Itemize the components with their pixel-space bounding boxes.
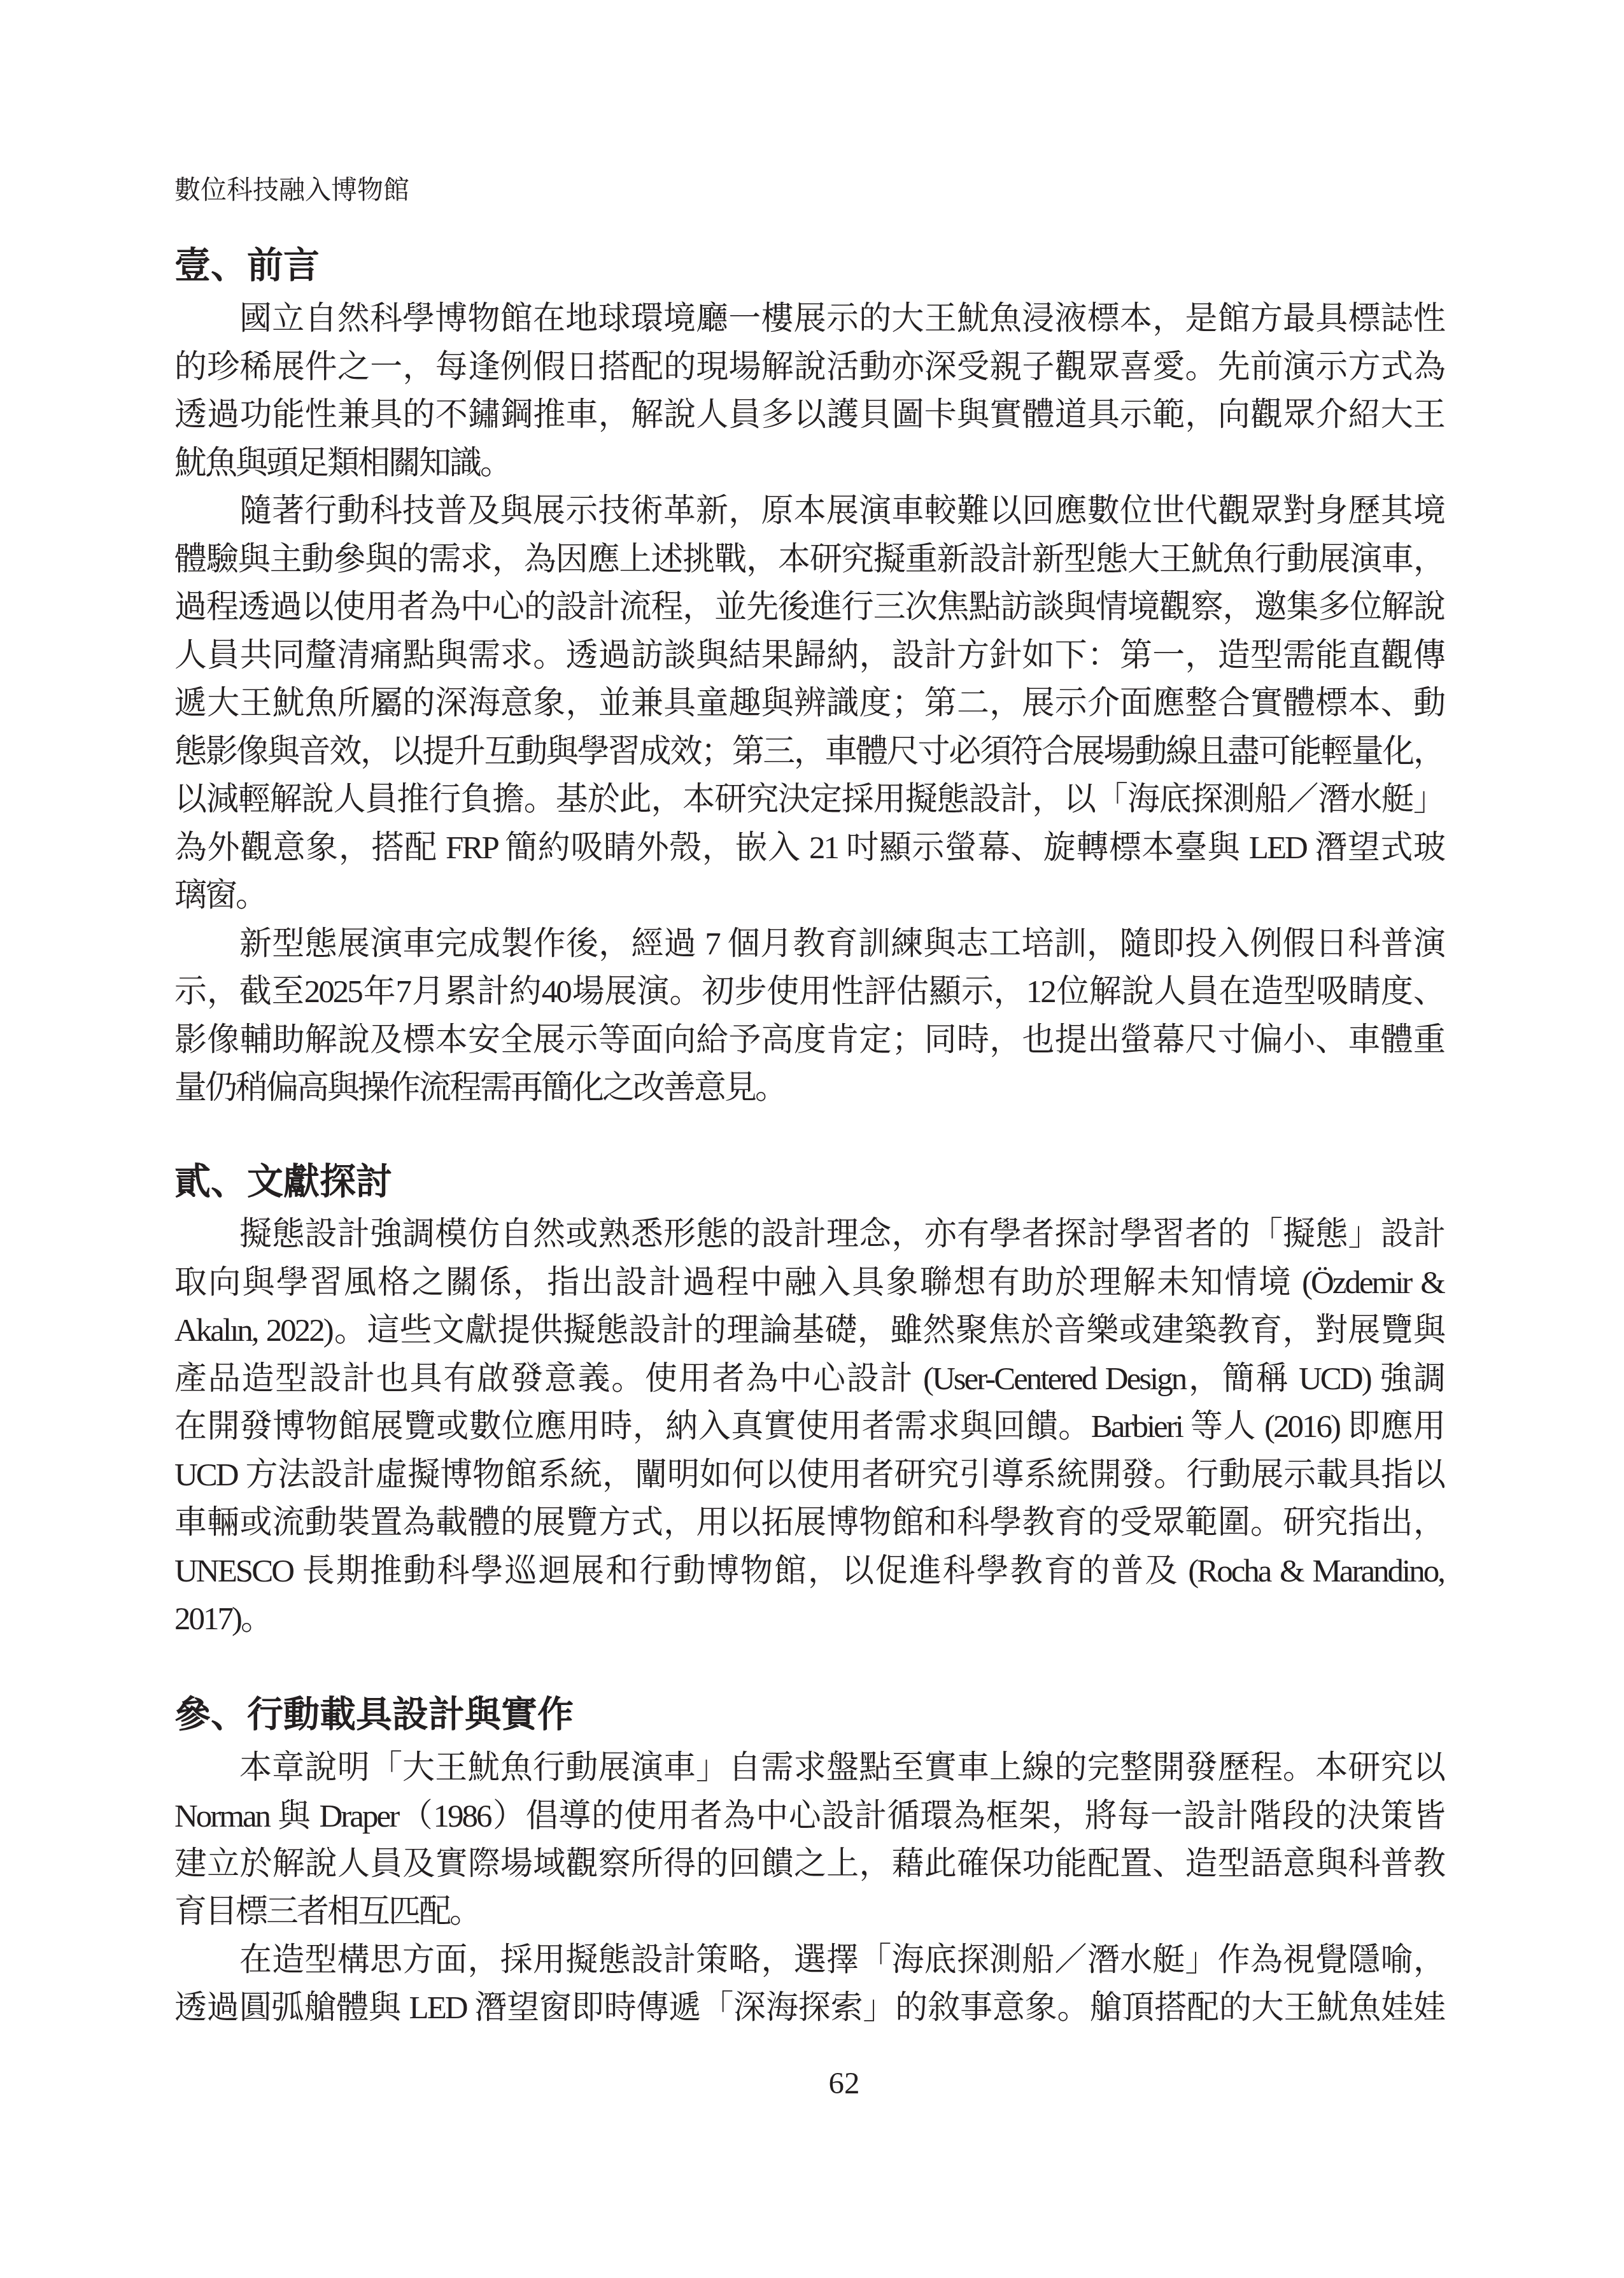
section-heading-design-implementation: 參、行動載具設計與實作	[174, 1690, 574, 1741]
body-line: 遞大王魷魚所屬的深海意象，並兼具童趣與辨識度；第二，展示介面應整合實體標本、動	[174, 680, 1444, 728]
body-line: 透過圓弧艙體與 LED 潛望窗即時傳遞「深海探索」的敘事意象。艙頂搭配的大王魷魚…	[174, 1984, 1444, 2032]
body-line: 人員共同釐清痛點與需求。透過訪談與結果歸納，設計方針如下：第一，造型需能直觀傳	[174, 632, 1444, 681]
body-line: UNESCO 長期推動科學巡迴展和行動博物館，以促進科學教育的普及 (Rocha…	[174, 1548, 1444, 1596]
section-design-implementation-body: 本章說明「大王魷魚行動展演車」自需求盤點至實車上線的完整開發歷程。本研究以 No…	[174, 1744, 1444, 2032]
section-heading-literature-review: 貳、文獻探討	[174, 1157, 392, 1208]
body-line: 璃窗。	[174, 872, 1444, 921]
section-introduction-body: 國立自然科學博物館在地球環境廳一樓展示的大王魷魚浸液標本，是館方最具標誌性 的珍…	[174, 295, 1444, 1113]
body-line: 影像輔助解說及標本安全展示等面向給予高度肯定；同時，也提出螢幕尺寸偏小、車體重	[174, 1017, 1444, 1065]
body-line: 以減輕解說人員推行負擔。基於此，本研究決定採用擬態設計，以「海底探測船／潛水艇」	[174, 776, 1444, 824]
body-line: 車輛或流動裝置為載體的展覽方式，用以拓展博物館和科學教育的受眾範圍。研究指出，	[174, 1499, 1444, 1548]
body-line: 在造型構思方面，採用擬態設計策略，選擇「海底探測船／潛水艇」作為視覺隱喻，	[174, 1937, 1444, 1984]
body-line: 在開發博物館展覽或數位應用時，納入真實使用者需求與回饋。Barbieri 等人 …	[174, 1403, 1444, 1452]
paragraph: 在造型構思方面，採用擬態設計策略，選擇「海底探測船／潛水艇」作為視覺隱喻， 透過…	[174, 1937, 1444, 2033]
body-line: Akalın, 2022)。這些文獻提供擬態設計的理論基礎，雖然聚焦於音樂或建築…	[174, 1307, 1444, 1355]
running-header: 數位科技融入博物館	[174, 174, 409, 206]
body-line: 透過功能性兼具的不鏽鋼推車，解說人員多以護貝圖卡與實體道具示範，向觀眾介紹大王	[174, 392, 1444, 440]
section-literature-review-body: 擬態設計強調模仿自然或熟悉形態的設計理念，亦有學者探討學習者的「擬態」設計 取向…	[174, 1211, 1444, 1644]
body-line: 建立於解說人員及實際場域觀察所得的回饋之上，藉此確保功能配置、造型語意與科普教	[174, 1841, 1444, 1888]
body-line: 新型態展演車完成製作後，經過 7 個月教育訓練與志工培訓，隨即投入例假日科普演	[174, 921, 1444, 969]
body-line: 取向與學習風格之關係，指出設計過程中融入具象聯想有助於理解未知情境 (Özdem…	[174, 1259, 1444, 1308]
body-line: 擬態設計強調模仿自然或熟悉形態的設計理念，亦有學者探討學習者的「擬態」設計	[174, 1211, 1444, 1259]
paragraph: 隨著行動科技普及與展示技術革新，原本展演車較難以回應數位世代觀眾對身歷其境 體驗…	[174, 488, 1444, 921]
body-line: 示，截至2025年7月累計約40場展演。初步使用性評估顯示，12位解說人員在造型…	[174, 968, 1444, 1017]
body-line: Norman 與 Draper（1986）倡導的使用者為中心設計循環為框架，將每…	[174, 1793, 1444, 1841]
body-line: 體驗與主動參與的需求，為因應上述挑戰，本研究擬重新設計新型態大王魷魚行動展演車，	[174, 536, 1444, 584]
page-number: 62	[812, 2064, 876, 2102]
body-line: 隨著行動科技普及與展示技術革新，原本展演車較難以回應數位世代觀眾對身歷其境	[174, 488, 1444, 536]
body-line: 量仍稍偏高與操作流程需再簡化之改善意見。	[174, 1065, 1444, 1113]
body-line: 本章說明「大王魷魚行動展演車」自需求盤點至實車上線的完整開發歷程。本研究以	[174, 1744, 1444, 1792]
body-line: 過程透過以使用者為中心的設計流程，並先後進行三次焦點訪談與情境觀察，邀集多位解說	[174, 584, 1444, 632]
body-line: 2017)。	[174, 1595, 1444, 1644]
paragraph: 國立自然科學博物館在地球環境廳一樓展示的大王魷魚浸液標本，是館方最具標誌性 的珍…	[174, 295, 1444, 488]
paragraph: 本章說明「大王魷魚行動展演車」自需求盤點至實車上線的完整開發歷程。本研究以 No…	[174, 1744, 1444, 1937]
paragraph: 新型態展演車完成製作後，經過 7 個月教育訓練與志工培訓，隨即投入例假日科普演 …	[174, 921, 1444, 1113]
paragraph: 擬態設計強調模仿自然或熟悉形態的設計理念，亦有學者探討學習者的「擬態」設計 取向…	[174, 1211, 1444, 1644]
body-line: 產品造型設計也具有啟發意義。使用者為中心設計 (User-Centered De…	[174, 1355, 1444, 1404]
body-line: 魷魚與頭足類相關知識。	[174, 440, 1444, 488]
body-line: UCD 方法設計虛擬博物館系統，闡明如何以使用者研究引導系統開發。行動展示載具指…	[174, 1452, 1444, 1500]
body-line: 態影像與音效，以提升互動與學習成效；第三，車體尺寸必須符合展場動線且盡可能輕量化…	[174, 728, 1444, 777]
body-line: 的珍稀展件之一，每逢例假日搭配的現場解說活動亦深受親子觀眾喜愛。先前演示方式為	[174, 344, 1444, 392]
section-heading-introduction: 壹、前言	[174, 241, 320, 292]
body-line: 育目標三者相互匹配。	[174, 1888, 1444, 1936]
body-line: 為外觀意象，搭配 FRP 簡約吸睛外殼，嵌入 21 吋顯示螢幕、旋轉標本臺與 L…	[174, 824, 1444, 873]
body-line: 國立自然科學博物館在地球環境廳一樓展示的大王魷魚浸液標本，是館方最具標誌性	[174, 295, 1444, 344]
